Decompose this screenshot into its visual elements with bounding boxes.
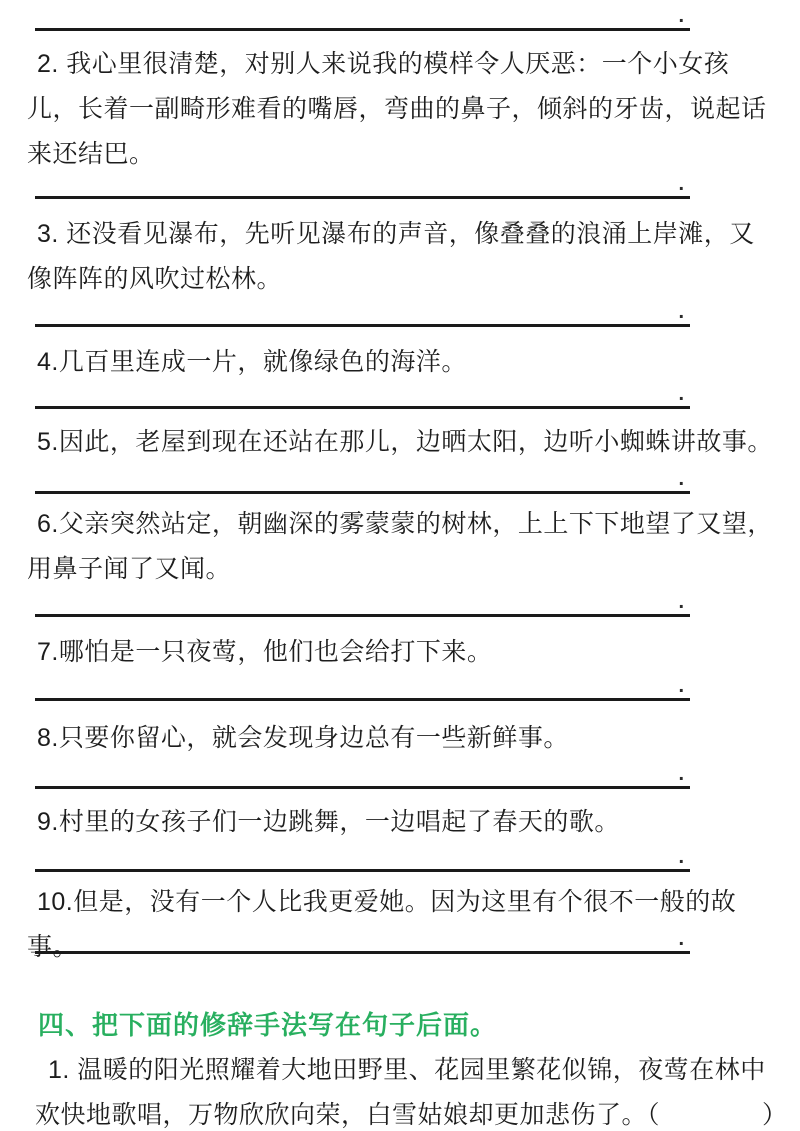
- period-mark: .: [678, 469, 684, 489]
- answer-line: .: [35, 196, 690, 199]
- period-mark: .: [678, 592, 684, 612]
- sentence-10: 10.但是，没有一个人比我更爱她。因为这里有个很不一般的故事。: [27, 880, 777, 970]
- period-mark: .: [678, 847, 684, 867]
- answer-line: .: [35, 491, 690, 494]
- answer-line: .: [35, 324, 690, 327]
- answer-line: .: [35, 869, 690, 872]
- sentence-4: 4.几百里连成一片，就像绿色的海洋。: [27, 340, 777, 385]
- period-mark: .: [678, 929, 684, 949]
- period-mark: .: [678, 6, 684, 26]
- section-four-heading: 四、把下面的修辞手法写在句子后面。: [38, 1008, 778, 1042]
- answer-line: .: [35, 951, 690, 954]
- answer-line: .: [35, 698, 690, 701]
- answer-line: .: [35, 28, 690, 31]
- sentence-7: 7.哪怕是一只夜莺，他们也会给打下来。: [27, 630, 777, 675]
- sentence-5: 5.因此，老屋到现在还站在那儿，边晒太阳，边听小蜘蛛讲故事。: [27, 420, 777, 465]
- worksheet-page: . 2. 我心里很清楚，对别人来说我的模样令人厌恶：一个小女孩 儿，长着一副畸形…: [0, 0, 800, 1131]
- answer-line: .: [35, 786, 690, 789]
- sentence-9: 9.村里的女孩子们一边跳舞，一边唱起了春天的歌。: [27, 800, 777, 845]
- sentence-1: 1. 温暖的阳光照耀着大地田野里、花园里繁花似锦，夜莺在林中欢快地歌唱，万物欣欣…: [35, 1048, 777, 1131]
- period-mark: .: [678, 764, 684, 784]
- period-mark: .: [678, 174, 684, 194]
- period-mark: .: [678, 676, 684, 696]
- answer-line: .: [35, 614, 690, 617]
- sentence-6: 6.父亲突然站定，朝幽深的雾蒙蒙的树林，上上下下地望了又望，用鼻子闻了又闻。: [27, 502, 777, 592]
- answer-line: .: [35, 406, 690, 409]
- sentence-2: 2. 我心里很清楚，对别人来说我的模样令人厌恶：一个小女孩 儿，长着一副畸形难看…: [27, 42, 777, 177]
- period-mark: .: [678, 384, 684, 404]
- sentence-3: 3. 还没看见瀑布，先听见瀑布的声音，像叠叠的浪涌上岸滩，又像阵阵的风吹过松林。: [27, 212, 777, 302]
- sentence-8: 8.只要你留心，就会发现身边总有一些新鲜事。: [27, 716, 777, 761]
- period-mark: .: [678, 302, 684, 322]
